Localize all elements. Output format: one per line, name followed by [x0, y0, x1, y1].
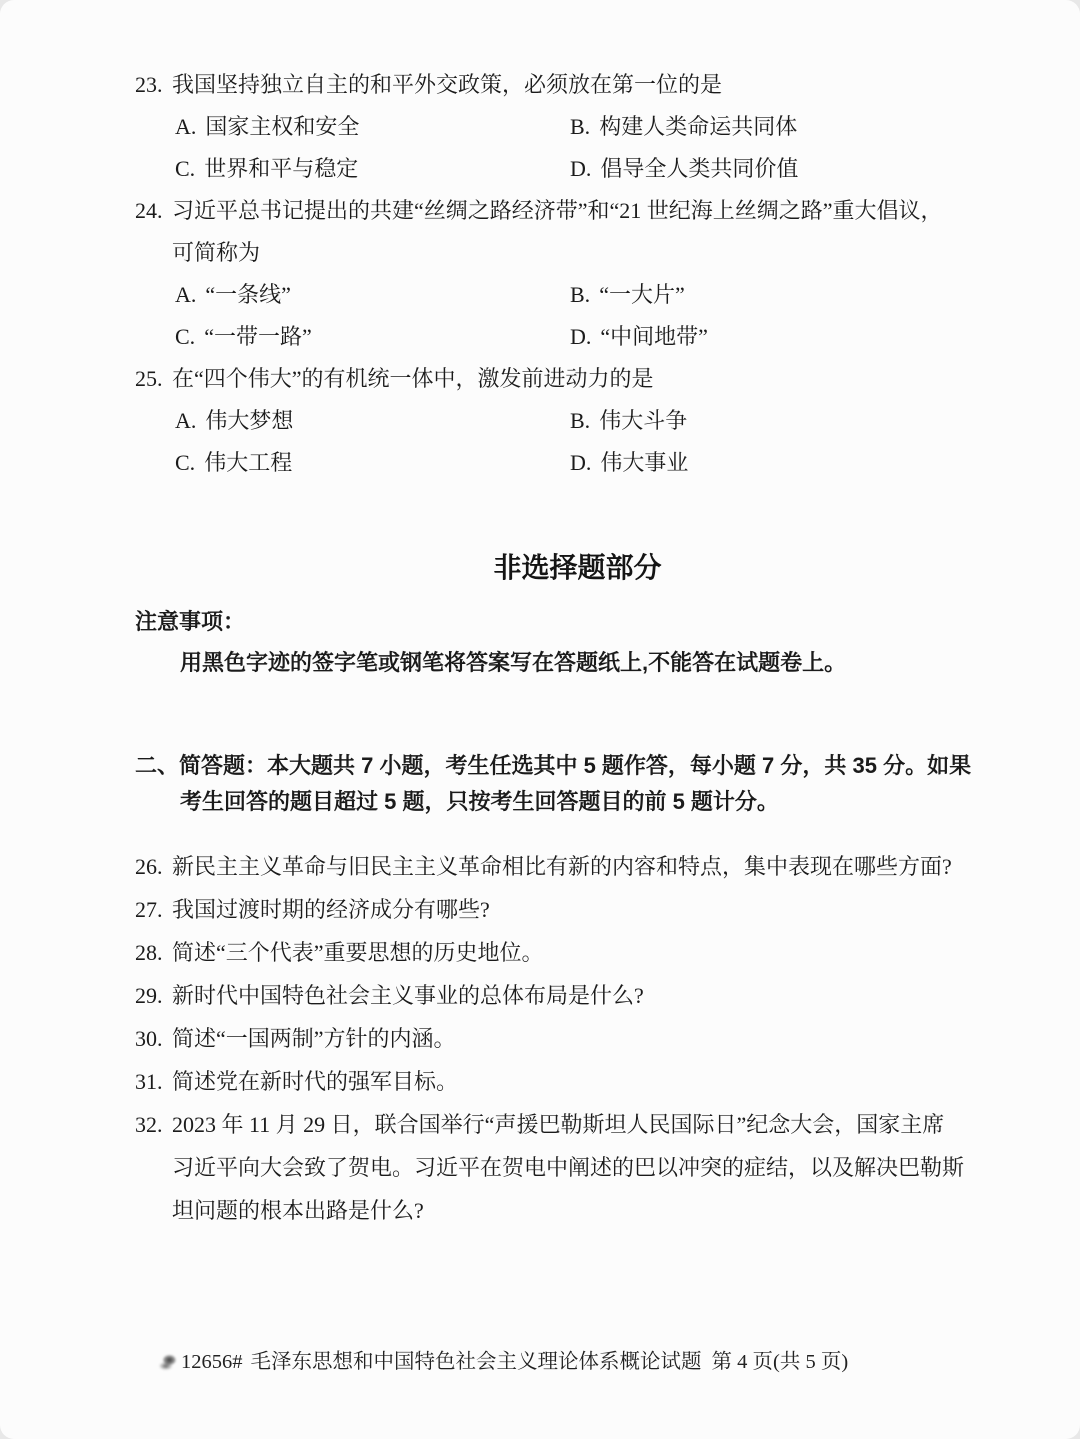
part2-intro-line1: 二、简答题：本大题共 7 小题，考生任选其中 5 题作答，每小题 7 分，共 3…: [180, 748, 1020, 784]
question-28: 28. 简述“三个代表”重要思想的历史地位。: [135, 931, 1020, 974]
option-label: A.: [175, 400, 196, 442]
question-25-number: 25.: [135, 358, 172, 400]
option-text: “中间地带”: [600, 316, 708, 358]
option-label: B.: [570, 106, 590, 148]
question-24-options-cd: C. “一带一路” D. “中间地带”: [135, 316, 1020, 358]
footer-exam-code: 12656#: [181, 1347, 243, 1377]
question-24-text: 习近平总书记提出的共建“丝绸之路经济带”和“21 世纪海上丝绸之路”重大倡议，: [172, 190, 1020, 232]
option-label: A.: [175, 274, 196, 316]
option-25-a: A. 伟大梦想: [175, 400, 570, 442]
question-32-text-line3: 坦问题的根本出路是什么?: [135, 1189, 1020, 1232]
question-24-number: 24.: [135, 190, 172, 232]
question-32: 32. 2023 年 11 月 29 日，联合国举行“声援巴勒斯坦人民国际日”纪…: [135, 1103, 1020, 1146]
option-label: D.: [570, 316, 591, 358]
question-27-number: 27.: [135, 888, 172, 931]
option-text: “一大片”: [599, 274, 685, 316]
option-24-a: A. “一条线”: [175, 274, 570, 316]
question-29-number: 29.: [135, 974, 172, 1017]
option-text: 构建人类命运共同体: [599, 106, 797, 148]
question-28-number: 28.: [135, 931, 172, 974]
question-30: 30. 简述“一国两制”方针的内涵。: [135, 1017, 1020, 1060]
option-text: 伟大工程: [204, 442, 292, 484]
question-29-text: 新时代中国特色社会主义事业的总体布局是什么?: [172, 974, 1020, 1017]
ink-smudge-mark: [155, 1352, 179, 1372]
question-24-options-ab: A. “一条线” B. “一大片”: [135, 274, 1020, 316]
option-25-d: D. 伟大事业: [570, 442, 688, 484]
option-23-d: D. 倡导全人类共同价值: [570, 148, 798, 190]
question-24-text-line2: 可简称为: [135, 232, 1020, 274]
option-label: B.: [570, 274, 590, 316]
page-footer: 12656# 毛泽东思想和中国特色社会主义理论体系概论试题 第 4 页(共 5 …: [155, 1347, 1020, 1377]
question-26-number: 26.: [135, 845, 172, 888]
footer-page-indicator: 第 4 页(共 5 页): [712, 1347, 849, 1377]
option-label: D.: [570, 148, 591, 190]
option-label: C.: [175, 316, 195, 358]
notice-body: 用黑色字迹的签字笔或钢笔将答案写在答题纸上,不能答在试题卷上。: [135, 642, 1020, 684]
option-label: A.: [175, 106, 196, 148]
page-content: 23. 我国坚持独立自主的和平外交政策，必须放在第一位的是 A. 国家主权和安全…: [0, 0, 1080, 1377]
exam-paper-page: 23. 我国坚持独立自主的和平外交政策，必须放在第一位的是 A. 国家主权和安全…: [0, 0, 1080, 1439]
option-text: 国家主权和安全: [205, 106, 359, 148]
question-23-number: 23.: [135, 64, 172, 106]
part2-intro-line2: 考生回答的题目超过 5 题，只按考生回答题目的前 5 题计分。: [180, 784, 1020, 820]
question-25-text: 在“四个伟大”的有机统一体中，激发前进动力的是: [172, 358, 1020, 400]
option-23-c: C. 世界和平与稳定: [175, 148, 570, 190]
option-label: B.: [570, 400, 590, 442]
question-27: 27. 我国过渡时期的经济成分有哪些?: [135, 888, 1020, 931]
question-27-text: 我国过渡时期的经济成分有哪些?: [172, 888, 1020, 931]
question-25-options-ab: A. 伟大梦想 B. 伟大斗争: [135, 400, 1020, 442]
question-32-number: 32.: [135, 1103, 172, 1146]
option-23-b: B. 构建人类命运共同体: [570, 106, 797, 148]
option-text: 伟大事业: [600, 442, 688, 484]
question-25: 25. 在“四个伟大”的有机统一体中，激发前进动力的是: [135, 358, 1020, 400]
question-25-options-cd: C. 伟大工程 D. 伟大事业: [135, 442, 1020, 484]
option-text: “一带一路”: [204, 316, 312, 358]
option-25-c: C. 伟大工程: [175, 442, 570, 484]
question-32-text-line2: 习近平向大会致了贺电。习近平在贺电中阐述的巴以冲突的症结，以及解决巴勒斯: [135, 1146, 1020, 1189]
question-23: 23. 我国坚持独立自主的和平外交政策，必须放在第一位的是: [135, 64, 1020, 106]
option-text: 世界和平与稳定: [204, 148, 358, 190]
option-25-b: B. 伟大斗争: [570, 400, 687, 442]
option-label: D.: [570, 442, 591, 484]
question-31-number: 31.: [135, 1060, 172, 1103]
option-text: 伟大斗争: [599, 400, 687, 442]
question-30-text: 简述“一国两制”方针的内涵。: [172, 1017, 1020, 1060]
question-23-options-ab: A. 国家主权和安全 B. 构建人类命运共同体: [135, 106, 1020, 148]
part2-intro: 二、简答题：本大题共 7 小题，考生任选其中 5 题作答，每小题 7 分，共 3…: [135, 748, 1020, 820]
question-31: 31. 简述党在新时代的强军目标。: [135, 1060, 1020, 1103]
option-label: C.: [175, 148, 195, 190]
question-23-options-cd: C. 世界和平与稳定 D. 倡导全人类共同价值: [135, 148, 1020, 190]
question-32-text: 2023 年 11 月 29 日，联合国举行“声援巴勒斯坦人民国际日”纪念大会，…: [172, 1103, 1020, 1146]
question-30-number: 30.: [135, 1017, 172, 1060]
footer-exam-title: 毛泽东思想和中国特色社会主义理论体系概论试题: [251, 1347, 702, 1377]
option-text: 伟大梦想: [205, 400, 293, 442]
question-28-text: 简述“三个代表”重要思想的历史地位。: [172, 931, 1020, 974]
option-24-c: C. “一带一路”: [175, 316, 570, 358]
question-23-text: 我国坚持独立自主的和平外交政策，必须放在第一位的是: [172, 64, 1020, 106]
option-24-d: D. “中间地带”: [570, 316, 708, 358]
option-text: “一条线”: [205, 274, 291, 316]
section-heading: 非选择题部分: [135, 546, 1020, 590]
question-26: 26. 新民主主义革命与旧民主主义革命相比有新的内容和特点，集中表现在哪些方面?: [135, 845, 1020, 888]
notice-title: 注意事项：: [135, 602, 1020, 642]
question-26-text: 新民主主义革命与旧民主主义革命相比有新的内容和特点，集中表现在哪些方面?: [172, 845, 1020, 888]
option-text: 倡导全人类共同价值: [600, 148, 798, 190]
option-23-a: A. 国家主权和安全: [175, 106, 570, 148]
question-24: 24. 习近平总书记提出的共建“丝绸之路经济带”和“21 世纪海上丝绸之路”重大…: [135, 190, 1020, 232]
question-31-text: 简述党在新时代的强军目标。: [172, 1060, 1020, 1103]
short-answer-section: 26. 新民主主义革命与旧民主主义革命相比有新的内容和特点，集中表现在哪些方面?…: [135, 845, 1020, 1232]
question-29: 29. 新时代中国特色社会主义事业的总体布局是什么?: [135, 974, 1020, 1017]
option-24-b: B. “一大片”: [570, 274, 685, 316]
option-label: C.: [175, 442, 195, 484]
multiple-choice-section: 23. 我国坚持独立自主的和平外交政策，必须放在第一位的是 A. 国家主权和安全…: [135, 64, 1020, 484]
